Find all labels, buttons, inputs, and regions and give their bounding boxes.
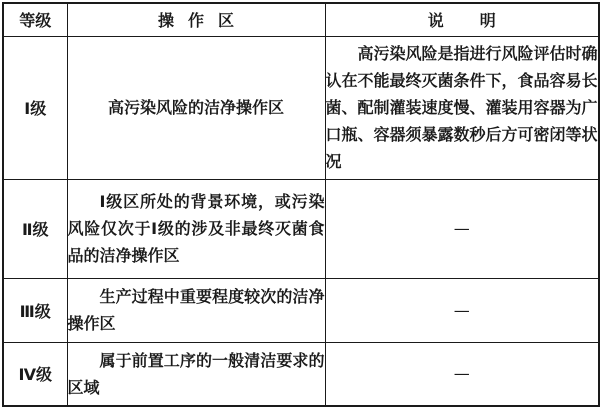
note-text: 高污染风险是指进行风险评估时确认在不能最终灭菌条件下，食品容易长菌、配制灌装速度… bbox=[326, 40, 599, 175]
zone-text: 生产过程中重要程度较次的洁净操作区 bbox=[68, 283, 325, 337]
cleanroom-grade-table: 等级 操作区 说明 Ⅰ级 高污染风险的洁净操作区 高污染风险是指进行风险评估时确… bbox=[2, 2, 600, 407]
zone-text: 属于前置工序的一般清洁要求的区域 bbox=[68, 347, 325, 401]
level-cell: Ⅱ级 bbox=[3, 179, 67, 278]
zone-text: Ⅰ级区所处的背景环境，或污染风险仅次于Ⅰ级的涉及非最终灭菌食品的洁净操作区 bbox=[68, 188, 325, 269]
level-cell: Ⅳ级 bbox=[3, 342, 67, 406]
table-row: Ⅲ级 生产过程中重要程度较次的洁净操作区 — bbox=[3, 278, 599, 342]
header-note: 说明 bbox=[325, 3, 599, 36]
note-cell: 高污染风险是指进行风险评估时确认在不能最终灭菌条件下，食品容易长菌、配制灌装速度… bbox=[325, 36, 599, 179]
zone-cell: 属于前置工序的一般清洁要求的区域 bbox=[67, 342, 325, 406]
zone-cell: 高污染风险的洁净操作区 bbox=[67, 36, 325, 179]
header-level: 等级 bbox=[3, 3, 67, 36]
note-cell: — bbox=[325, 179, 599, 278]
level-cell: Ⅰ级 bbox=[3, 36, 67, 179]
table-header-row: 等级 操作区 说明 bbox=[3, 3, 599, 36]
zone-cell: Ⅰ级区所处的背景环境，或污染风险仅次于Ⅰ级的涉及非最终灭菌食品的洁净操作区 bbox=[67, 179, 325, 278]
note-cell: — bbox=[325, 342, 599, 406]
table-row: Ⅱ级 Ⅰ级区所处的背景环境，或污染风险仅次于Ⅰ级的涉及非最终灭菌食品的洁净操作区… bbox=[3, 179, 599, 278]
header-zone: 操作区 bbox=[67, 3, 325, 36]
zone-cell: 生产过程中重要程度较次的洁净操作区 bbox=[67, 278, 325, 342]
table-row: Ⅰ级 高污染风险的洁净操作区 高污染风险是指进行风险评估时确认在不能最终灭菌条件… bbox=[3, 36, 599, 179]
level-cell: Ⅲ级 bbox=[3, 278, 67, 342]
table-row: Ⅳ级 属于前置工序的一般清洁要求的区域 — bbox=[3, 342, 599, 406]
note-cell: — bbox=[325, 278, 599, 342]
